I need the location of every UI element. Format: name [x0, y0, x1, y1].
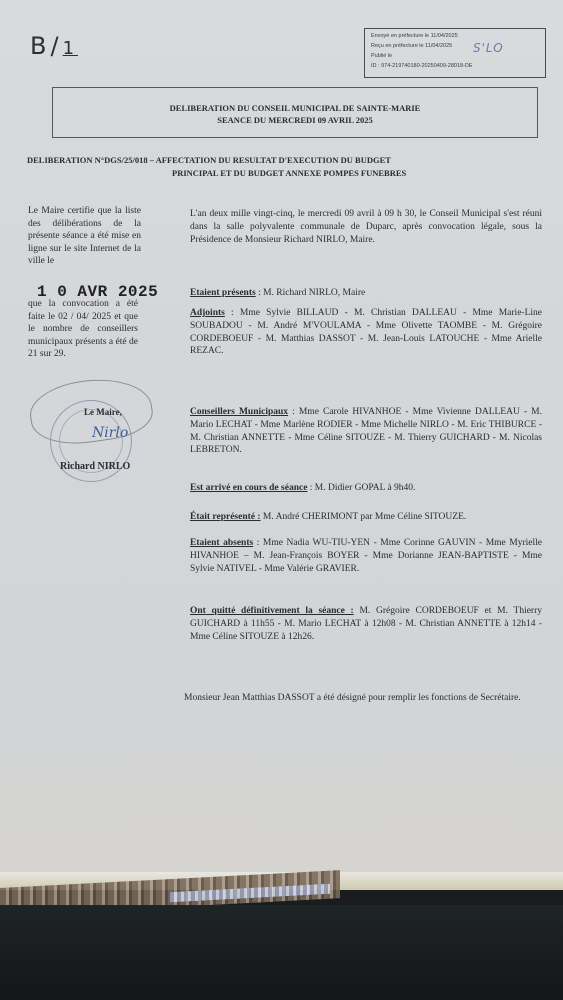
convocation-text: que la convocation a été faite le 02 / 0… — [28, 298, 138, 361]
represented-text: M. André CHERIMONT par Mme Céline SITOUZ… — [261, 512, 467, 522]
arrived-label: Est arrivé en cours de séance — [190, 483, 307, 493]
adjoints-label: Adjoints — [190, 308, 225, 318]
signature-label: Le Maire, — [84, 407, 122, 417]
certification-text: Le Maire certifie que la liste des délib… — [28, 205, 141, 268]
stamp-id-line: ID : 974-219740180-20250409-28018-DE — [371, 61, 539, 71]
annotation-mark: B/ — [30, 32, 63, 60]
title-line-2: PRINCIPAL ET DU BUDGET ANNEXE POMPES FUN… — [27, 167, 527, 180]
intro-paragraph: L'an deux mille vingt-cinq, le mercredi … — [190, 208, 542, 246]
arrived-text: : M. Didier GOPAL à 9h40. — [307, 483, 415, 493]
conseillers-paragraph: Conseillers Municipaux : Mme Carole HIVA… — [190, 406, 542, 457]
absent-label: Etaient absents — [190, 538, 253, 548]
represented-label: Était représenté : — [190, 512, 261, 522]
stamp-sent-line: Envoyé en préfecture le 11/04/2025 — [371, 31, 539, 41]
adjoints-text: : Mme Sylvie BILLAUD - M. Christian DALL… — [190, 308, 542, 356]
mayor-signature: Nirlo — [92, 425, 128, 441]
handwritten-annotation: B/1 — [30, 32, 78, 60]
transmission-stamp: Envoyé en préfecture le 11/04/2025 Reçu … — [364, 28, 546, 78]
left-session-paragraph: Ont quitté définitivement la séance : M.… — [190, 605, 542, 643]
present-text: : M. Richard NIRLO, Maire — [256, 288, 366, 298]
arrived-paragraph: Est arrivé en cours de séance : M. Didie… — [190, 482, 542, 495]
header-title: DELIBERATION DU CONSEIL MUNICIPAL DE SAI… — [53, 102, 537, 114]
header-session: SEANCE DU MERCREDI 09 AVRIL 2025 — [53, 114, 537, 126]
stamp-signature: S'LO — [473, 43, 504, 53]
dark-background — [0, 905, 563, 1000]
title-line-1: DELIBERATION N°DGS/25/018 – AFFECTATION … — [27, 155, 391, 165]
mayor-name: Richard NIRLO — [60, 461, 130, 472]
left-session-label: Ont quitté définitivement la séance : — [190, 606, 354, 616]
adjoints-paragraph: Adjoints : Mme Sylvie BILLAUD - M. Chris… — [190, 307, 542, 358]
conseillers-label: Conseillers Municipaux — [190, 407, 288, 417]
represented-paragraph: Était représenté : M. André CHERIMONT pa… — [190, 511, 542, 524]
present-paragraph: Etaient présents : M. Richard NIRLO, Mai… — [190, 287, 542, 300]
stamp-received-line: Reçu en préfecture le 11/04/2025 — [371, 41, 539, 51]
header-box: DELIBERATION DU CONSEIL MUNICIPAL DE SAI… — [52, 87, 538, 138]
present-label: Etaient présents — [190, 288, 256, 298]
stamp-published-line: Publié le — [371, 51, 539, 61]
absent-paragraph: Etaient absents : Mme Nadia WU-TIU-YEN -… — [190, 537, 542, 575]
annotation-number: 1 — [63, 38, 78, 59]
deliberation-title: DELIBERATION N°DGS/25/018 – AFFECTATION … — [27, 154, 527, 180]
secretary-paragraph: Monsieur Jean Matthias DASSOT a été dési… — [184, 692, 544, 705]
